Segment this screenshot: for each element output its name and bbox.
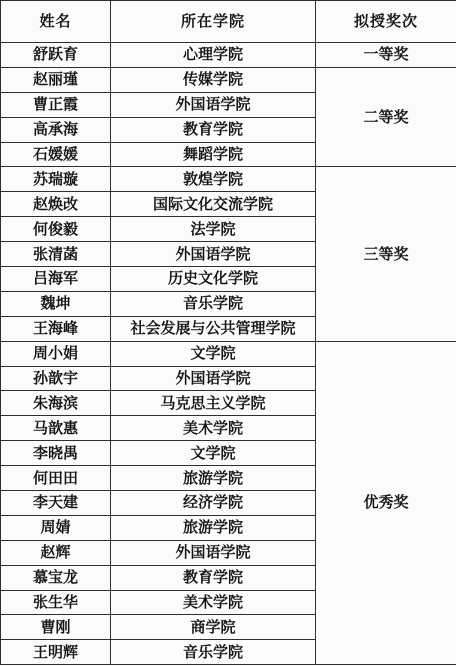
college-cell: 音乐学院 (111, 291, 316, 316)
award-cell: 优秀奖 (316, 341, 456, 665)
name-cell: 孙歆宇 (1, 366, 111, 391)
college-cell: 外国语学院 (111, 92, 316, 117)
college-cell: 教育学院 (111, 117, 316, 142)
college-cell: 外国语学院 (111, 540, 316, 565)
college-cell: 舞蹈学院 (111, 142, 316, 167)
name-cell: 何俊毅 (1, 217, 111, 242)
name-cell: 魏坤 (1, 291, 111, 316)
college-cell: 历史文化学院 (111, 267, 316, 292)
college-cell: 美术学院 (111, 416, 316, 441)
name-cell: 朱海滨 (1, 391, 111, 416)
table-body: 舒跃育心理学院一等奖赵丽瑾传媒学院二等奖曹正霞外国语学院高承海教育学院石媛媛舞蹈… (1, 43, 456, 665)
name-cell: 舒跃育 (1, 43, 111, 68)
table-header-row: 姓名 所在学院 拟授奖次 (1, 1, 456, 43)
college-cell: 马克思主义学院 (111, 391, 316, 416)
name-cell: 张清菡 (1, 242, 111, 267)
name-cell: 高承海 (1, 117, 111, 142)
name-cell: 王明辉 (1, 640, 111, 665)
name-cell: 马歆惠 (1, 416, 111, 441)
name-cell: 何田田 (1, 466, 111, 491)
college-cell: 商学院 (111, 615, 316, 640)
name-cell: 苏瑞璇 (1, 167, 111, 192)
award-cell: 三等奖 (316, 167, 456, 341)
award-table: 姓名 所在学院 拟授奖次 舒跃育心理学院一等奖赵丽瑾传媒学院二等奖曹正霞外国语学… (0, 0, 456, 665)
college-cell: 外国语学院 (111, 242, 316, 267)
name-cell: 石媛媛 (1, 142, 111, 167)
table-row: 赵丽瑾传媒学院二等奖 (1, 67, 456, 92)
college-cell: 法学院 (111, 217, 316, 242)
header-award-level: 拟授奖次 (316, 1, 456, 43)
award-cell: 一等奖 (316, 43, 456, 68)
college-cell: 文学院 (111, 441, 316, 466)
header-name: 姓名 (1, 1, 111, 43)
name-cell: 慕宝龙 (1, 565, 111, 590)
table-row: 舒跃育心理学院一等奖 (1, 43, 456, 68)
college-cell: 传媒学院 (111, 67, 316, 92)
name-cell: 曹正霞 (1, 92, 111, 117)
name-cell: 赵焕改 (1, 192, 111, 217)
name-cell: 赵辉 (1, 540, 111, 565)
college-cell: 音乐学院 (111, 640, 316, 665)
name-cell: 周婧 (1, 515, 111, 540)
name-cell: 李晓禺 (1, 441, 111, 466)
college-cell: 旅游学院 (111, 466, 316, 491)
college-cell: 旅游学院 (111, 515, 316, 540)
name-cell: 赵丽瑾 (1, 67, 111, 92)
college-cell: 文学院 (111, 341, 316, 366)
name-cell: 曹刚 (1, 615, 111, 640)
college-cell: 外国语学院 (111, 366, 316, 391)
table-row: 周小娟文学院优秀奖 (1, 341, 456, 366)
name-cell: 周小娟 (1, 341, 111, 366)
table-row: 苏瑞璇敦煌学院三等奖 (1, 167, 456, 192)
college-cell: 敦煌学院 (111, 167, 316, 192)
college-cell: 社会发展与公共管理学院 (111, 316, 316, 341)
name-cell: 张生华 (1, 590, 111, 615)
college-cell: 美术学院 (111, 590, 316, 615)
name-cell: 王海峰 (1, 316, 111, 341)
college-cell: 教育学院 (111, 565, 316, 590)
name-cell: 李天建 (1, 491, 111, 516)
college-cell: 心理学院 (111, 43, 316, 68)
award-cell: 二等奖 (316, 67, 456, 167)
college-cell: 经济学院 (111, 491, 316, 516)
header-college: 所在学院 (111, 1, 316, 43)
name-cell: 吕海军 (1, 267, 111, 292)
college-cell: 国际文化交流学院 (111, 192, 316, 217)
